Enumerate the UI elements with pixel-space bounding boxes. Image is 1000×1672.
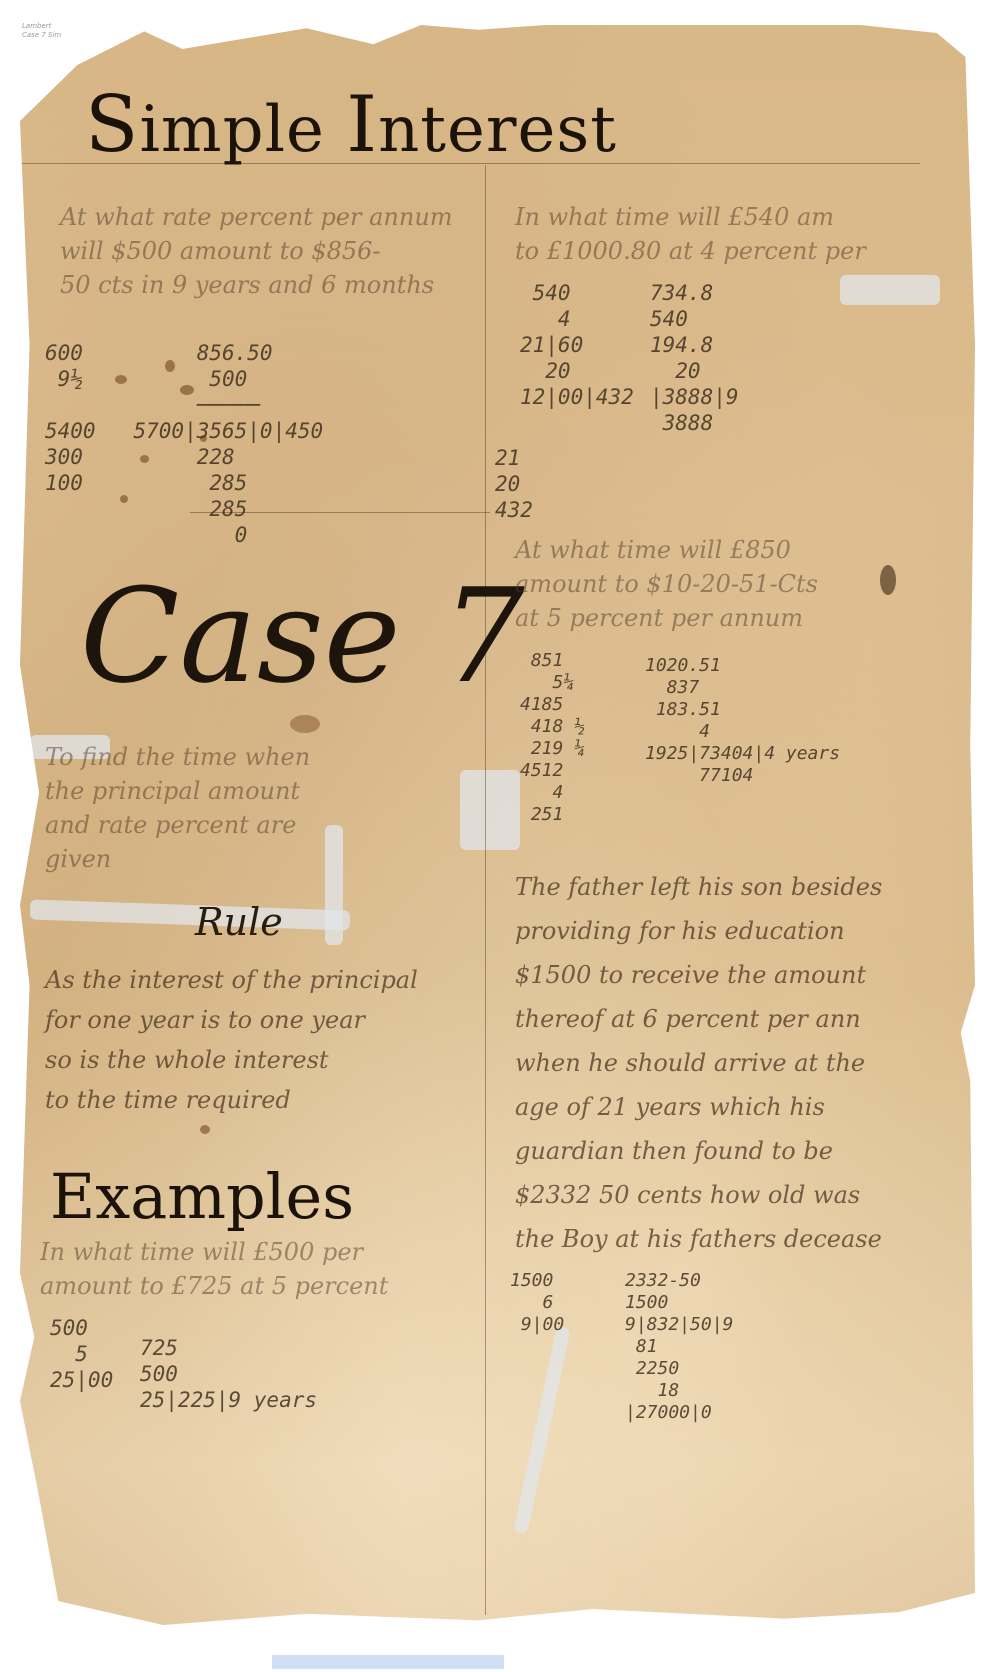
column-divider [485, 165, 486, 1615]
description-line: and rate percent are [45, 808, 310, 842]
case-heading: Case 7 [80, 560, 525, 712]
calculation-work: 600 856.50 9½ 500 ───── 5400 5700|3565|0… [45, 340, 323, 548]
title-text: imple [139, 93, 346, 167]
tape-repair [460, 770, 520, 850]
problem-line: thereof at 6 percent per ann [515, 997, 882, 1041]
rule-heading: Rule [195, 900, 283, 944]
description-line: the principal amount [45, 774, 310, 808]
calculation-work: 1500 6 9|00 [510, 1270, 564, 1336]
page-title: Simple Interest [85, 80, 617, 170]
problem-line: The father left his son besides [515, 865, 882, 909]
example-text: In what time will £500 per amount to £72… [40, 1235, 388, 1303]
problem-line: will $500 amount to $856- [60, 234, 453, 268]
description-line: To find the time when [45, 740, 310, 774]
problem-line: guardian then found to be [515, 1129, 882, 1173]
rule-line: so is the whole interest [45, 1040, 418, 1080]
rule-text: As the interest of the principal for one… [45, 960, 418, 1120]
rule-line: for one year is to one year [45, 1000, 418, 1040]
problem-line: to £1000.80 at 4 percent per [515, 234, 866, 268]
title-text: nterest [378, 93, 617, 167]
calculation-work: 1020.51 837 183.51 4 1925|73404|4 years … [645, 655, 840, 787]
problem-line: At what rate percent per annum [60, 200, 453, 234]
scroll-indicator [272, 1655, 504, 1669]
rule-line: As the interest of the principal [45, 960, 418, 1000]
problem-line: $2332 50 cents how old was [515, 1173, 882, 1217]
calculation-work: 500 5 25|00 [50, 1315, 113, 1393]
problem-line: age of 21 years which his [515, 1085, 882, 1129]
case-description: To find the time when the principal amou… [45, 740, 310, 876]
calculation-work: 540 4 21|60 20 12|00|432 [520, 280, 634, 410]
tape-repair [513, 1326, 570, 1534]
ink-stain [880, 565, 896, 595]
calculation-work: 734.8 540 194.8 20 |3888|9 3888 [650, 280, 739, 436]
examples-heading: Examples [50, 1160, 354, 1233]
title-initial: I [346, 80, 378, 170]
example-line: In what time will £500 per [40, 1235, 388, 1269]
tape-repair [30, 899, 351, 930]
tape-repair [840, 275, 940, 305]
problem-line: 50 cts in 9 years and 6 months [60, 268, 453, 302]
tape-repair [325, 825, 343, 945]
title-initial: S [85, 80, 139, 170]
problem-line: At what time will £850 [515, 533, 818, 567]
problem-text: At what rate percent per annum will $500… [60, 200, 453, 302]
problem-line: the Boy at his fathers decease [515, 1217, 882, 1261]
calculation-work: 2332-50 1500 9|832|50|9 81 2250 18 |2700… [625, 1270, 733, 1424]
problem-line: In what time will £540 am [515, 200, 866, 234]
archive-note-line: Lambert [22, 22, 61, 31]
description-line: given [45, 842, 310, 876]
problem-line: providing for his education [515, 909, 882, 953]
example-line: amount to £725 at 5 percent [40, 1269, 388, 1303]
rule-line: to the time required [45, 1080, 418, 1120]
problem-line: when he should arrive at the [515, 1041, 882, 1085]
archive-note-line: Case 7 Sim [22, 31, 61, 40]
problem-text: In what time will £540 am to £1000.80 at… [515, 200, 866, 268]
manuscript-page: Simple Interest At what rate percent per… [20, 25, 975, 1625]
problem-line: $1500 to receive the amount [515, 953, 882, 997]
calculation-work: 851 5¼ 4185 418 ½ 219 ¼ 4512 4 251 [520, 650, 585, 826]
archive-note: Lambert Case 7 Sim [22, 22, 61, 40]
calculation-work: 725 500 25|225|9 years [140, 1335, 317, 1413]
ink-stain [290, 715, 320, 733]
ink-stain [200, 1125, 210, 1134]
problem-text: The father left his son besides providin… [515, 865, 882, 1261]
problem-line: amount to $10-20-51-Cts [515, 567, 818, 601]
problem-text: At what time will £850 amount to $10-20-… [515, 533, 818, 635]
problem-line: at 5 percent per annum [515, 601, 818, 635]
calculation-work: 21 20 432 [495, 445, 533, 523]
